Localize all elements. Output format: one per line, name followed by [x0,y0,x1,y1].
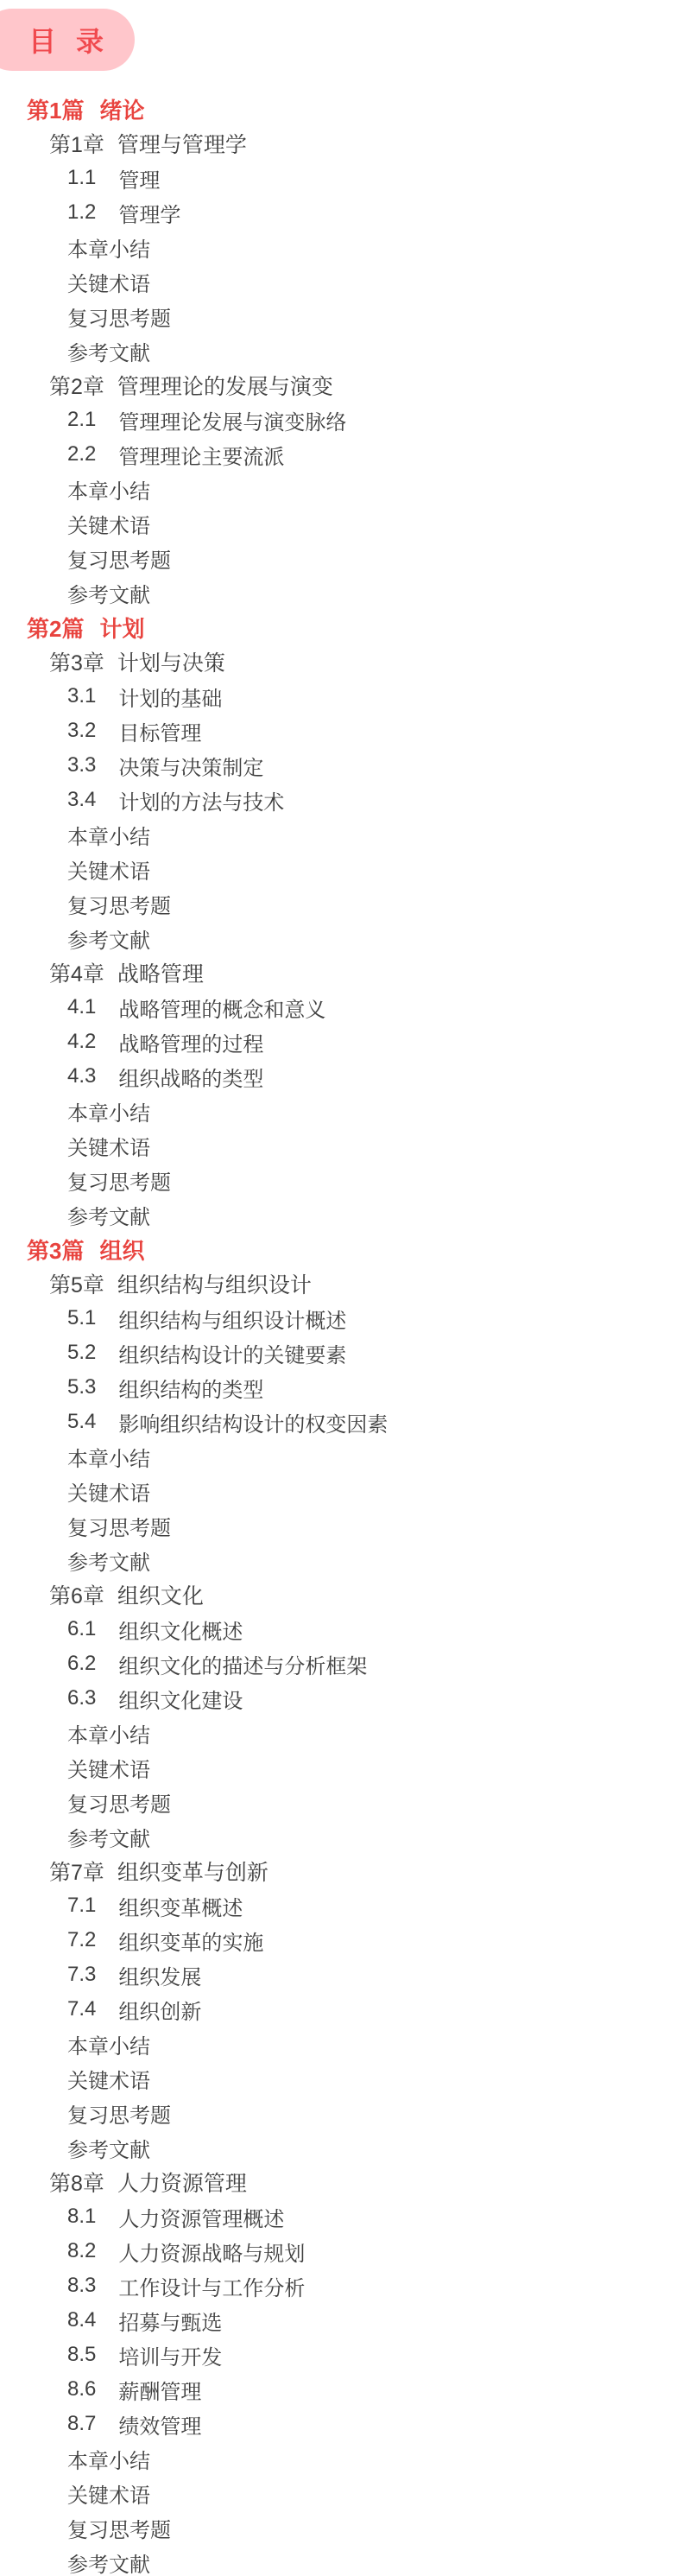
toc-section-entry-number: 5.4 [67,1410,96,1434]
toc-extra-entry[interactable]: 参考文献 [0,1543,682,1577]
toc-extra-entry[interactable]: 本章小结 [0,817,682,852]
toc-section-entry-number: 2.2 [67,442,96,466]
toc-chapter-entry-label: 管理理论的发展与演变 [117,370,333,401]
toc-list: 第1篇绪论第1章管理与管理学1.1管理1.2管理学本章小结关键术语复习思考题参考… [0,92,682,2576]
toc-extra-entry[interactable]: 复习思考题 [0,2096,682,2130]
toc-extra-entry[interactable]: 本章小结 [0,1439,682,1474]
toc-extra-entry[interactable]: 复习思考题 [0,299,682,333]
toc-extra-entry[interactable]: 本章小结 [0,230,682,264]
toc-part-entry-label: 计划 [99,612,144,644]
toc-section-entry[interactable]: 8.6薪酬管理 [0,2372,682,2407]
toc-part-entry[interactable]: 第1篇绪论 [0,92,682,126]
toc-chapter-entry[interactable]: 第4章战略管理 [0,955,682,990]
toc-section-entry[interactable]: 1.2管理学 [0,195,682,230]
toc-section-entry-number: 6.3 [67,1686,96,1710]
toc-section-entry-number: 8.6 [67,2377,96,2402]
toc-section-entry-label: 组织发展 [118,1960,201,1990]
toc-section-entry-label: 计划的方法与技术 [118,785,284,815]
toc-section-entry-number: 8.3 [67,2274,96,2298]
toc-chapter-entry[interactable]: 第6章组织文化 [0,1577,682,1612]
toc-part-entry[interactable]: 第3篇组织 [0,1232,682,1266]
toc-section-entry[interactable]: 8.5培训与开发 [0,2338,682,2372]
toc-extra-entry-label: 参考文献 [67,336,150,366]
toc-extra-entry[interactable]: 关键术语 [0,2061,682,2096]
toc-section-entry-label: 战略管理的过程 [118,1027,263,1057]
toc-section-entry-number: 6.1 [67,1617,96,1641]
toc-section-entry-number: 8.1 [67,2205,96,2229]
toc-chapter-entry-number: 第3章 [49,646,104,677]
toc-section-entry-number: 2.1 [67,408,96,432]
toc-extra-entry[interactable]: 参考文献 [0,1197,682,1232]
toc-section-entry-label: 招募与甄选 [118,2306,222,2336]
toc-extra-entry-label: 本章小结 [67,2444,150,2474]
toc-chapter-entry[interactable]: 第7章组织变革与创新 [0,1854,682,1888]
toc-section-entry-label: 工作设计与工作分析 [118,2271,305,2301]
toc-extra-entry-label: 本章小结 [67,2029,150,2059]
toc-section-entry[interactable]: 4.1战略管理的概念和意义 [0,990,682,1025]
toc-extra-entry-label: 关键术语 [67,1753,150,1783]
toc-section-entry[interactable]: 2.1管理理论发展与演变脉络 [0,403,682,437]
toc-extra-entry[interactable]: 复习思考题 [0,2510,682,2545]
toc-extra-entry[interactable]: 参考文献 [0,333,682,368]
toc-chapter-entry-number: 第5章 [49,1268,104,1299]
toc-extra-entry[interactable]: 关键术语 [0,264,682,299]
toc-section-entry-label: 绩效管理 [118,2409,201,2440]
toc-section-entry[interactable]: 5.2组织结构设计的关键要素 [0,1336,682,1370]
toc-extra-entry-label: 参考文献 [67,578,150,608]
toc-extra-entry[interactable]: 本章小结 [0,472,682,506]
toc-extra-entry-label: 关键术语 [67,1476,150,1507]
toc-chapter-entry-label: 组织结构与组织设计 [117,1268,312,1299]
toc-chapter-entry-label: 计划与决策 [117,646,225,677]
toc-chapter-entry-label: 战略管理 [117,957,204,988]
toc-section-entry[interactable]: 7.4组织创新 [0,1992,682,2027]
toc-section-entry[interactable]: 8.3工作设计与工作分析 [0,2268,682,2303]
toc-extra-entry-label: 复习思考题 [67,1787,171,1818]
toc-extra-entry[interactable]: 本章小结 [0,1094,682,1128]
toc-extra-entry[interactable]: 参考文献 [0,921,682,955]
toc-extra-entry[interactable]: 参考文献 [0,1819,682,1854]
toc-section-entry-number: 8.5 [67,2343,96,2367]
toc-section-entry[interactable]: 2.2管理理论主要流派 [0,437,682,472]
toc-extra-entry[interactable]: 关键术语 [0,1474,682,1508]
toc-section-entry[interactable]: 5.4影响组织结构设计的权变因素 [0,1405,682,1439]
toc-section-entry[interactable]: 4.3组织战略的类型 [0,1059,682,1094]
toc-extra-entry[interactable]: 复习思考题 [0,1508,682,1543]
toc-section-entry-label: 决策与决策制定 [118,751,263,781]
toc-part-entry-label: 组织 [99,1234,144,1266]
toc-section-entry-number: 8.7 [67,2412,96,2436]
toc-section-entry[interactable]: 4.2战略管理的过程 [0,1025,682,1059]
toc-extra-entry-label: 参考文献 [67,923,150,954]
toc-extra-entry-label: 复习思考题 [67,1511,171,1541]
toc-section-entry-label: 组织结构的类型 [118,1373,263,1403]
toc-extra-entry[interactable]: 关键术语 [0,1750,682,1785]
toc-section-entry-label: 战略管理的概念和意义 [118,993,325,1023]
toc-section-entry-number: 8.2 [67,2239,96,2263]
toc-chapter-entry-label: 组织变革与创新 [117,1856,268,1887]
toc-extra-entry[interactable]: 参考文献 [0,575,682,610]
toc-extra-entry[interactable]: 关键术语 [0,2476,682,2510]
toc-section-entry-label: 组织结构与组织设计概述 [118,1304,346,1334]
toc-section-entry-label: 目标管理 [118,716,201,746]
toc-chapter-entry-label: 人力资源管理 [117,2167,247,2198]
toc-extra-entry-label: 参考文献 [67,1200,150,1230]
toc-title-badge: 目 录 [0,9,135,71]
toc-chapter-entry[interactable]: 第2章管理理论的发展与演变 [0,368,682,403]
toc-chapter-entry-number: 第1章 [49,128,104,159]
toc-section-entry-number: 3.2 [67,719,96,743]
toc-section-entry[interactable]: 6.3组织文化建设 [0,1681,682,1716]
toc-section-entry-label: 管理学 [118,198,180,228]
toc-extra-entry[interactable]: 复习思考题 [0,886,682,921]
toc-section-entry-number: 5.2 [67,1341,96,1365]
toc-extra-entry[interactable]: 本章小结 [0,2441,682,2476]
toc-extra-entry-label: 本章小结 [67,232,150,263]
toc-part-entry-number: 第1篇 [27,93,84,125]
toc-section-entry[interactable]: 7.1组织变革概述 [0,1888,682,1923]
toc-section-entry-label: 组织文化建设 [118,1684,243,1714]
toc-section-entry[interactable]: 8.1人力资源管理概述 [0,2199,682,2234]
toc-section-entry-number: 4.1 [67,995,96,1019]
toc-extra-entry[interactable]: 关键术语 [0,506,682,541]
toc-extra-entry[interactable]: 参考文献 [0,2130,682,2165]
toc-section-entry-label: 组织战略的类型 [118,1062,263,1092]
toc-extra-entry[interactable]: 参考文献 [0,2545,682,2576]
toc-section-entry-number: 5.1 [67,1306,96,1330]
toc-section-entry-label: 培训与开发 [118,2340,222,2370]
toc-extra-entry-label: 关键术语 [67,509,150,539]
toc-section-entry-label: 管理理论主要流派 [118,440,284,470]
toc-section-entry-number: 3.1 [67,684,96,708]
toc-extra-entry-label: 关键术语 [67,854,150,885]
toc-section-entry-number: 1.2 [67,200,96,225]
toc-extra-entry[interactable]: 关键术语 [0,852,682,886]
toc-chapter-entry-number: 第6章 [49,1579,104,1610]
toc-part-entry[interactable]: 第2篇计划 [0,610,682,644]
toc-section-entry-number: 4.3 [67,1064,96,1088]
toc-section-entry[interactable]: 7.2组织变革的实施 [0,1923,682,1957]
toc-extra-entry-label: 参考文献 [67,2547,150,2576]
toc-extra-entry[interactable]: 复习思考题 [0,541,682,575]
toc-section-entry-label: 计划的基础 [118,682,222,712]
toc-section-entry-number: 7.1 [67,1894,96,1918]
toc-section-entry-number: 7.2 [67,1928,96,1952]
toc-extra-entry-label: 参考文献 [67,1822,150,1852]
toc-section-entry-label: 组织文化的描述与分析框架 [118,1649,367,1679]
toc-section-entry[interactable]: 8.4招募与甄选 [0,2303,682,2338]
toc-section-entry[interactable]: 3.1计划的基础 [0,679,682,714]
toc-chapter-entry[interactable]: 第8章人力资源管理 [0,2165,682,2199]
toc-extra-entry-label: 关键术语 [67,2064,150,2094]
toc-section-entry-label: 组织文化概述 [118,1615,243,1645]
toc-section-entry[interactable]: 6.2组织文化的描述与分析框架 [0,1646,682,1681]
toc-section-entry-number: 5.3 [67,1375,96,1399]
toc-chapter-entry-number: 第8章 [49,2167,104,2198]
toc-section-entry[interactable]: 6.1组织文化概述 [0,1612,682,1646]
toc-part-entry-number: 第2篇 [27,612,84,644]
toc-section-entry-label: 人力资源管理概述 [118,2202,284,2232]
toc-extra-entry-label: 复习思考题 [67,2513,171,2543]
toc-extra-entry-label: 本章小结 [67,1718,150,1748]
toc-section-entry-label: 组织结构设计的关键要素 [118,1338,346,1368]
toc-part-entry-label: 绪论 [99,93,144,125]
toc-extra-entry-label: 参考文献 [67,2133,150,2163]
toc-extra-entry-label: 复习思考题 [67,1165,171,1196]
toc-extra-entry[interactable]: 本章小结 [0,2027,682,2061]
toc-section-entry-number: 6.2 [67,1652,96,1676]
toc-extra-entry[interactable]: 复习思考题 [0,1163,682,1197]
toc-section-entry-number: 3.4 [67,788,96,812]
toc-section-entry[interactable]: 3.2目标管理 [0,714,682,748]
toc-section-entry[interactable]: 3.3决策与决策制定 [0,748,682,783]
toc-section-entry[interactable]: 3.4计划的方法与技术 [0,783,682,817]
toc-chapter-entry[interactable]: 第3章计划与决策 [0,644,682,679]
toc-chapter-entry-label: 组织文化 [117,1579,204,1610]
toc-extra-entry[interactable]: 复习思考题 [0,1785,682,1819]
toc-section-entry-number: 8.4 [67,2308,96,2332]
toc-extra-entry-label: 复习思考题 [67,2098,171,2129]
toc-extra-entry-label: 本章小结 [67,820,150,850]
toc-chapter-entry-number: 第4章 [49,957,104,988]
toc-section-entry[interactable]: 5.3组织结构的类型 [0,1370,682,1405]
toc-section-entry-label: 管理理论发展与演变脉络 [118,405,346,435]
toc-part-entry-number: 第3篇 [27,1234,84,1266]
toc-chapter-entry-label: 管理与管理学 [117,128,247,159]
toc-section-entry-label: 组织变革概述 [118,1891,243,1921]
toc-extra-entry-label: 参考文献 [67,1545,150,1576]
toc-section-entry-label: 管理 [118,163,160,194]
toc-extra-entry-label: 复习思考题 [67,543,171,574]
toc-section-entry-number: 4.2 [67,1030,96,1054]
toc-section-entry-number: 7.4 [67,1997,96,2021]
toc-section-entry-label: 人力资源战略与规划 [118,2237,305,2267]
toc-section-entry-number: 3.3 [67,753,96,777]
toc-extra-entry[interactable]: 关键术语 [0,1128,682,1163]
toc-section-entry-label: 组织变革的实施 [118,1926,263,1956]
toc-section-entry[interactable]: 8.7绩效管理 [0,2407,682,2441]
toc-extra-entry-label: 复习思考题 [67,301,171,332]
toc-section-entry[interactable]: 1.1管理 [0,161,682,195]
toc-extra-entry-label: 本章小结 [67,1096,150,1126]
toc-section-entry-number: 1.1 [67,166,96,190]
toc-extra-entry-label: 本章小结 [67,474,150,504]
toc-chapter-entry-number: 第7章 [49,1856,104,1887]
toc-section-entry[interactable]: 7.3组织发展 [0,1957,682,1992]
toc-section-entry[interactable]: 8.2人力资源战略与规划 [0,2234,682,2268]
toc-extra-entry-label: 本章小结 [67,1442,150,1472]
toc-chapter-entry[interactable]: 第1章管理与管理学 [0,126,682,161]
toc-section-entry-label: 影响组织结构设计的权变因素 [118,1407,388,1437]
toc-extra-entry-label: 关键术语 [67,1131,150,1161]
toc-extra-entry-label: 关键术语 [67,2478,150,2509]
toc-chapter-entry[interactable]: 第5章组织结构与组织设计 [0,1266,682,1301]
toc-chapter-entry-number: 第2章 [49,370,104,401]
toc-section-entry-number: 7.3 [67,1963,96,1987]
toc-extra-entry-label: 关键术语 [67,267,150,297]
toc-page-title: 目 录 [6,20,110,60]
toc-section-entry-label: 组织创新 [118,1995,201,2025]
toc-section-entry-label: 薪酬管理 [118,2375,201,2405]
toc-extra-entry-label: 复习思考题 [67,889,171,919]
toc-extra-entry[interactable]: 本章小结 [0,1716,682,1750]
toc-section-entry[interactable]: 5.1组织结构与组织设计概述 [0,1301,682,1336]
